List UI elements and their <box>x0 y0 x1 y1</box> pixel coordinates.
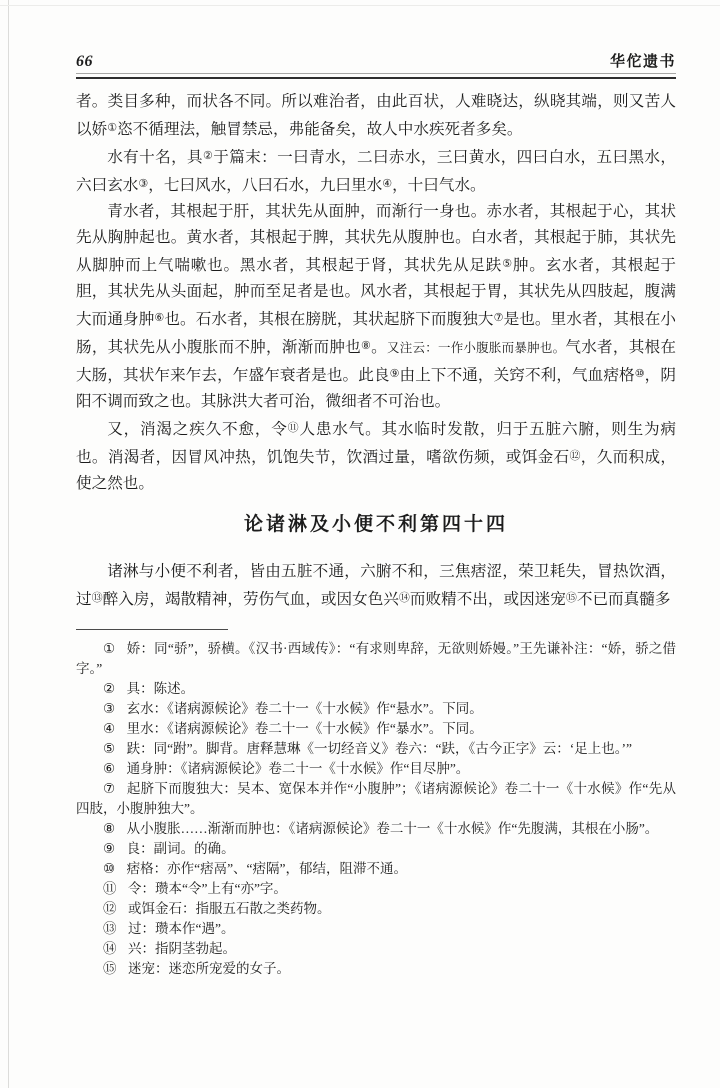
footnote-marker: ⑧ <box>103 821 115 836</box>
footnote-item: ⑧从小腹胀……渐渐而肿也：《诸病源候论》卷二十一《十水候》作“先腹满，其根在小肠… <box>76 819 676 839</box>
footnote-ref: ⑫ <box>569 450 580 462</box>
footnote-marker: ④ <box>103 721 115 736</box>
footnote-marker: ⑨ <box>103 841 115 856</box>
footnote-separator <box>76 629 228 630</box>
footnote-item: ③玄水：《诸病源候论》卷二十一《十水候》作“悬水”。下同。 <box>76 699 676 719</box>
footnote-ref: ⑨ <box>390 368 400 380</box>
paragraph: 诸淋与小便不利者，皆由五脏不通，六腑不和，三焦痞涩，荣卫耗失，冒热饮酒，过⑬醉入… <box>76 559 676 613</box>
footnote-ref: ① <box>107 122 117 134</box>
footnote-text: 通身肿：《诸病源候论》卷二十一《十水候》作“目尽肿”。 <box>127 761 470 776</box>
scan-edge-top <box>0 5 720 6</box>
footnote-marker: ⑦ <box>103 781 115 796</box>
footnote-text: 起脐下而腹独大：吴本、宽保本并作“小腹肿”；《诸病源候论》卷二十一《十水候》作“… <box>76 781 676 816</box>
footnote-item: ⑥通身肿：《诸病源候论》卷二十一《十水候》作“目尽肿”。 <box>76 759 676 779</box>
footnote-item: ⑤趺：同“跗”。脚背。唐释慧琳《一切经音义》卷六：“趺，《古今正字》云：‘足上也… <box>76 739 676 759</box>
footnote-marker: ③ <box>103 701 115 716</box>
footnote-ref: ⑩ <box>635 368 645 380</box>
text-run: 不已而真髓多 <box>577 591 671 608</box>
footnote-ref: ⑥ <box>154 312 164 324</box>
footnote-marker: ⑤ <box>103 741 115 756</box>
footnote-ref: ⑬ <box>92 592 103 604</box>
footnote-ref: ⑭ <box>399 592 410 604</box>
footnote-text: 里水：《诸病源候论》卷二十一《十水候》作“暴水”。下同。 <box>127 721 483 736</box>
footnote-ref: ⑦ <box>494 312 504 324</box>
text-run: 又，消渴之疾久不愈，令 <box>107 421 287 438</box>
footnote-text: 娇：同“骄”，骄横。《汉书·西域传》：“有求则卑辞，无欲则娇嫚。”王先谦补注：“… <box>76 641 676 676</box>
footnote-ref: ④ <box>382 178 392 190</box>
footnote-text: 过：瓒本作“遇”。 <box>128 921 234 936</box>
book-page: 66 华佗遗书 者。类目多种，而状各不同。所以难治者，由此百状，人难晓达，纵晓其… <box>0 0 720 1088</box>
page-header: 66 华佗遗书 <box>76 52 676 71</box>
footnote-marker: ⑭ <box>103 941 117 956</box>
paragraph: 水有十名，具②于篇末：一曰青水，二曰赤水，三曰黄水，四曰白水，五曰黑水，六曰玄水… <box>76 143 676 199</box>
footnotes: ①娇：同“骄”，骄横。《汉书·西域传》：“有求则卑辞，无欲则娇嫚。”王先谦补注：… <box>76 639 676 979</box>
footnote-text: 或饵金石：指服五石散之类药物。 <box>128 901 331 916</box>
footnote-item: ④里水：《诸病源候论》卷二十一《十水候》作“暴水”。下同。 <box>76 719 676 739</box>
footnote-text: 从小腹胀……渐渐而肿也：《诸病源候论》卷二十一《十水候》作“先腹满，其根在小肠”… <box>127 821 659 836</box>
footnote-item: ⑬过：瓒本作“遇”。 <box>76 919 676 939</box>
paragraph: 青水者，其根起于肝，其状先从面肿，而渐行一身也。赤水者，其根起于心，其状先从胸肿… <box>76 199 676 415</box>
inline-note: 又注云：一作小腹胀而暴肿也。 <box>387 341 565 355</box>
footnote-text: 玄水：《诸病源候论》卷二十一《十水候》作“悬水”。下同。 <box>127 701 483 716</box>
footnote-marker: ⑩ <box>103 861 115 876</box>
footnote-text: 趺：同“跗”。脚背。唐释慧琳《一切经音义》卷六：“趺，《古今正字》云：‘足上也。… <box>127 741 632 756</box>
footnote-text: 令：瓒本“令”上有“亦”字。 <box>128 881 287 896</box>
footnote-marker: ⑪ <box>103 881 117 896</box>
footnote-item: ⑩痞格：亦作“痞鬲”、“痞隔”，郁结，阻滞不通。 <box>76 859 676 879</box>
text-run: 醉入房，竭散精神，劳伤气血，或因女色兴 <box>103 591 399 608</box>
footnote-marker: ⑬ <box>103 921 117 936</box>
footnote-ref: ⑮ <box>566 592 577 604</box>
paragraph: 又，消渴之疾久不愈，令⑪人患水气。其水临时发散，归于五脏六腑，则生为病也。消渴者… <box>76 415 676 497</box>
text-run: 而败精不出，或因迷宠 <box>410 591 566 608</box>
footnote-marker: ⑫ <box>103 901 117 916</box>
body-text: 者。类目多种，而状各不同。所以难治者，由此百状，人难晓达，纵晓其端，则又苦人以娇… <box>76 89 676 613</box>
footnote-text: 具：陈述。 <box>127 681 195 696</box>
text-run: 由上下不通，关窍不利，气血痞格 <box>400 367 635 384</box>
footnote-marker: ① <box>103 641 115 656</box>
text-run: 恣不循理法，触冒禁忌，弗能备矣，故人中水疾死者多矣。 <box>117 121 522 138</box>
section-title: 论诸淋及小便不利第四十四 <box>76 512 676 538</box>
footnote-item: ⑮迷宠：迷恋所宠爱的女子。 <box>76 959 676 979</box>
footnote-item: ⑦起脐下而腹独大：吴本、宽保本并作“小腹肿”；《诸病源候论》卷二十一《十水候》作… <box>76 779 676 819</box>
footnote-item: ②具：陈述。 <box>76 679 676 699</box>
text-run: 也。石水者，其根在膀胱，其状起脐下而腹独大 <box>164 311 493 328</box>
paragraph: 者。类目多种，而状各不同。所以难治者，由此百状，人难晓达，纵晓其端，则又苦人以娇… <box>76 89 676 143</box>
footnote-ref: ③ <box>138 178 148 190</box>
footnote-ref: ⑪ <box>288 422 300 434</box>
text-run: ，十曰气水。 <box>392 177 486 194</box>
text-run: ，七曰风水，八曰石水，九曰里水 <box>148 177 382 194</box>
footnote-marker: ⑥ <box>103 761 115 776</box>
footnote-ref: ⑤ <box>502 258 513 270</box>
footnote-text: 兴：指阴茎勃起。 <box>128 941 236 956</box>
footnote-ref: ⑧ <box>361 340 371 352</box>
footnote-item: ⑭兴：指阴茎勃起。 <box>76 939 676 959</box>
footnote-item: ⑫或饵金石：指服五石散之类药物。 <box>76 899 676 919</box>
header-rule-thin <box>76 73 676 74</box>
page-number: 66 <box>76 53 93 71</box>
book-title: 华佗遗书 <box>610 50 676 71</box>
header-rule-thick <box>76 77 676 79</box>
footnote-text: 良：副词。的确。 <box>127 841 235 856</box>
footnote-marker: ② <box>103 681 115 696</box>
text-run: 水有十名，具 <box>107 149 203 166</box>
footnote-text: 痞格：亦作“痞鬲”、“痞隔”，郁结，阻滞不通。 <box>127 861 407 876</box>
text-run: 。 <box>371 339 387 356</box>
footnote-marker: ⑮ <box>103 961 117 976</box>
footnote-text: 迷宠：迷恋所宠爱的女子。 <box>128 961 290 976</box>
footnote-ref: ② <box>203 150 213 162</box>
scan-edge-left <box>8 0 9 1088</box>
footnote-item: ⑪令：瓒本“令”上有“亦”字。 <box>76 879 676 899</box>
footnote-item: ⑨良：副词。的确。 <box>76 839 676 859</box>
footnote-item: ①娇：同“骄”，骄横。《汉书·西域传》：“有求则卑辞，无欲则娇嫚。”王先谦补注：… <box>76 639 676 679</box>
